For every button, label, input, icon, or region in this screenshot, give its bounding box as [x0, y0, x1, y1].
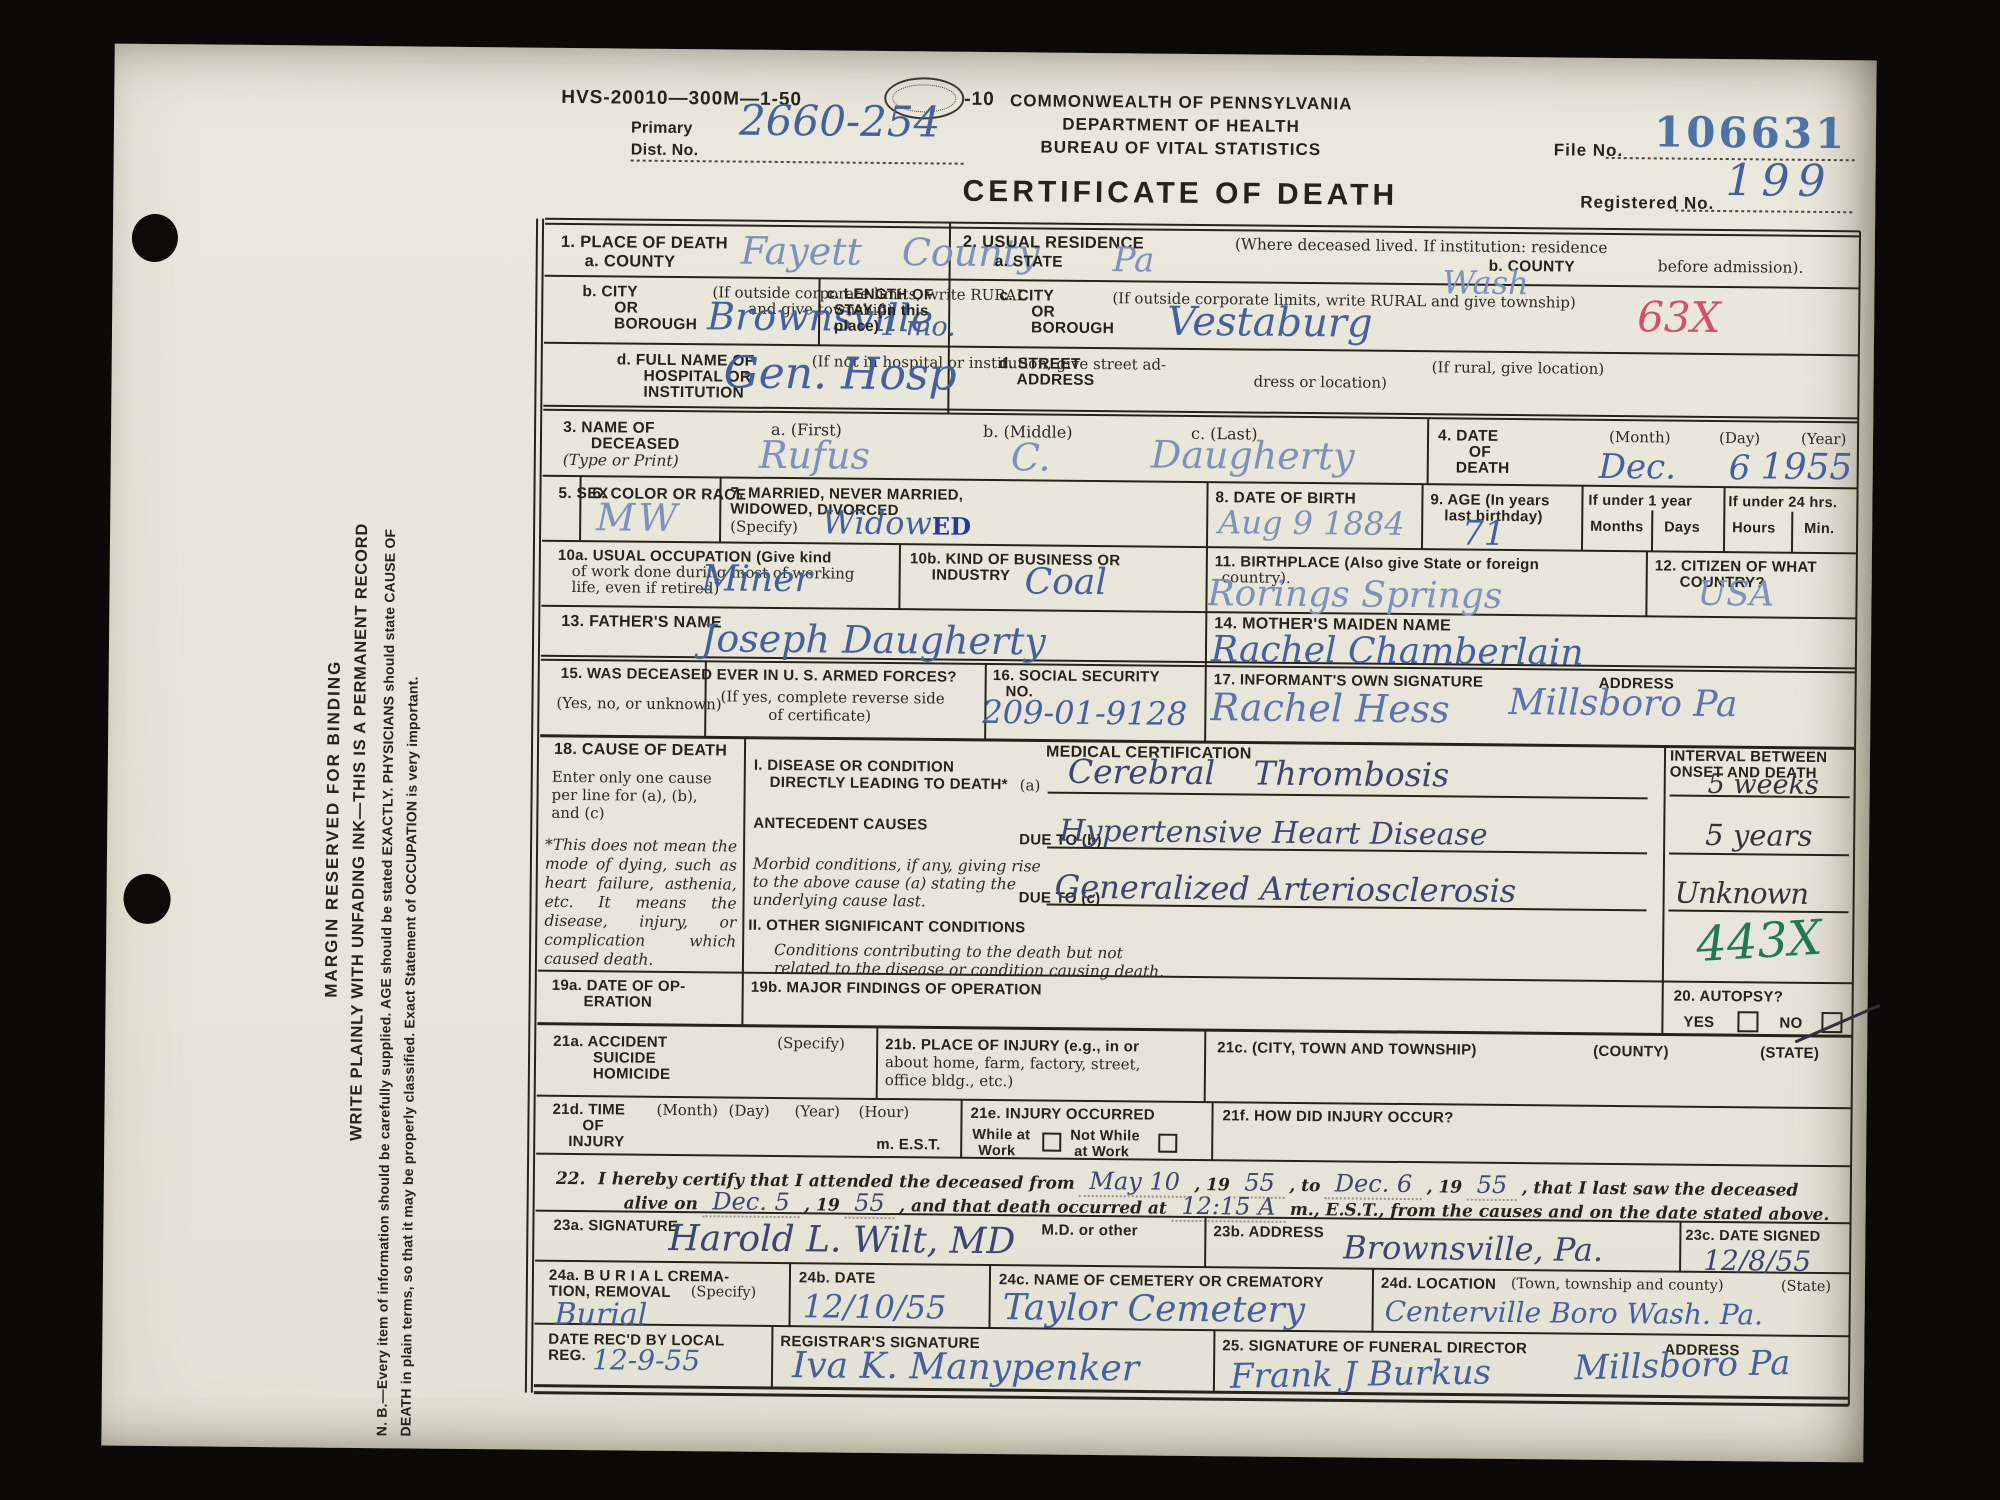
certify-text-4: , 19	[1427, 1177, 1463, 1197]
injury-c-county-label: (COUNTY)	[1593, 1044, 1669, 1060]
death-year-value: 1955	[1761, 449, 1853, 486]
birth-date-value: Aug 9 1884	[1218, 506, 1405, 540]
first-name-value: Rufus	[759, 436, 870, 475]
citizen-value: USA	[1697, 577, 1774, 612]
interval-c-value: Unknown	[1675, 879, 1809, 909]
injury-time-hour-label: (Hour)	[858, 1105, 909, 1121]
while-at-work-label-2: Work	[978, 1144, 1015, 1160]
injury-time-label-2: OF	[582, 1118, 604, 1134]
date-received-value: 12-9-55	[592, 1346, 700, 1375]
operation-date-label-1: 19a. DATE OF OP-	[552, 978, 686, 995]
morbid-note-3: underlying cause last.	[753, 892, 926, 910]
autopsy-yes-label: YES	[1683, 1015, 1714, 1031]
disease-label-1: I. DISEASE OR CONDITION	[754, 758, 954, 776]
injury-time-month-label: (Month)	[656, 1103, 718, 1119]
file-no-label: File No.	[1554, 141, 1624, 160]
funeral-director-signature-value: Frank J Burkus	[1230, 1355, 1491, 1393]
header-bureau: BUREAU OF VITAL STATISTICS	[981, 138, 1381, 160]
cause-title: 18. CAUSE OF DEATH	[554, 742, 727, 760]
injury-time-label-3: INJURY	[568, 1134, 624, 1150]
residence-city-code: 63X	[1637, 296, 1721, 339]
burial-date-label: 24b. DATE	[799, 1270, 876, 1286]
cause-note1-line1: Enter only one cause	[552, 770, 712, 787]
cause-a-value: Cerebral Thrombosis	[1068, 755, 1450, 792]
cemetery-value: Taylor Cemetery	[1002, 1290, 1305, 1329]
other-conditions-note-2: related to the disease or condition caus…	[774, 960, 1164, 980]
age-value: 71	[1462, 517, 1506, 551]
hospital-note-2: dress or location)	[1253, 375, 1386, 392]
autopsy-label: 20. AUTOPSY?	[1674, 989, 1784, 1006]
color-race-value: W	[638, 499, 677, 537]
hospital-value: Gen. Hosp	[723, 351, 957, 397]
injury-time-est-label: m. E.S.T.	[876, 1137, 941, 1153]
death-date-label-3: DEATH	[1456, 460, 1510, 477]
scanned-document-page: { "ink_colors": { "light_blue_ink": "#7e…	[0, 0, 2000, 1500]
street-label-2: ADDRESS	[1017, 372, 1095, 389]
residence-state-label: a. STATE	[995, 254, 1063, 271]
while-at-work-label-1: While at	[972, 1128, 1030, 1144]
death-certificate-scan: MARGIN RESERVED FOR BINDING WRITE PLAINL…	[101, 44, 1876, 1463]
statistical-code-value: 443X	[1695, 914, 1823, 969]
injury-b-note-2: office bldg., etc.)	[885, 1073, 1014, 1090]
autopsy-no-label: NO	[1779, 1016, 1802, 1032]
industry-value: Coal	[1024, 564, 1107, 601]
certify-text-8: , and that death occurred at	[899, 1196, 1167, 1219]
burial-location-note: (Town, township and county)	[1511, 1277, 1724, 1294]
registrar-signature-value: Iva K. Manypenker	[792, 1348, 1139, 1387]
certify-death-time-value: 12:15 A	[1171, 1192, 1285, 1223]
residence-city-label: c. CITY	[999, 288, 1054, 305]
burial-location-label: 24d. LOCATION	[1381, 1276, 1496, 1293]
place-of-death-title: 1. PLACE OF DEATH	[561, 234, 728, 253]
cause-b-value: Hypertensive Heart Disease	[1059, 817, 1488, 851]
cause-asterisk-note: *This does not mean the mode of dying, s…	[544, 836, 737, 971]
death-month-label: (Month)	[1609, 430, 1671, 446]
place-city-label: b. CITY	[582, 284, 638, 301]
how-injury-occurred-label: 21f. HOW DID INJURY OCCUR?	[1222, 1108, 1453, 1126]
not-while-at-work-label-1: Not While	[1070, 1129, 1140, 1145]
burial-specify-note: (Specify)	[691, 1285, 757, 1301]
registered-no-label: Registered No.	[1580, 194, 1714, 213]
death-month-value: Dec.	[1599, 450, 1677, 485]
marital-value: WidowED	[822, 506, 971, 539]
injury-a-label-2: SUICIDE	[593, 1050, 656, 1066]
physician-address-label: 23b. ADDRESS	[1213, 1224, 1324, 1241]
injury-time-label-1: 21d. TIME	[552, 1102, 625, 1118]
death-year-label: (Year)	[1801, 432, 1846, 448]
age-under24-label: If under 24 hrs.	[1728, 495, 1837, 511]
burial-location-state-note: (State)	[1781, 1280, 1831, 1296]
residence-note-1: (Where deceased lived. If institution: r…	[1235, 236, 1608, 256]
residence-city-or: OR	[1031, 304, 1055, 320]
age-months-label: Months	[1590, 520, 1643, 536]
certify-text-6: alive on	[624, 1194, 698, 1215]
stay-value: 1 mo.	[880, 313, 956, 341]
age-under1-label: If under 1 year	[1588, 494, 1692, 510]
date-received-label-2: REG.	[548, 1348, 586, 1364]
sex-value: M	[596, 498, 635, 536]
death-day-label: (Day)	[1719, 431, 1760, 447]
burial-date-value: 12/10/55	[803, 1290, 947, 1323]
occupation-value: Miner	[701, 561, 811, 598]
mother-name-value: Rachel Chamberlain	[1211, 632, 1584, 672]
father-name-value: Joseph Daugherty	[701, 619, 1046, 660]
injury-c-label: 21c. (CITY, TOWN AND TOWNSHIP)	[1217, 1040, 1477, 1058]
physician-md-label: M.D. or other	[1041, 1223, 1138, 1240]
age-min-label: Min.	[1804, 522, 1834, 538]
date-signed-label: 23c. DATE SIGNED	[1685, 1229, 1820, 1246]
occupation-label-3: life, even if retired)	[571, 580, 719, 597]
certify-num: 22.	[556, 1169, 586, 1189]
funeral-director-address-value: Millsboro Pa	[1574, 1346, 1791, 1385]
while-at-work-checkbox	[1042, 1133, 1061, 1152]
cause-note1-line3: and (c)	[551, 806, 604, 822]
residence-city-borough: BOROUGH	[1031, 320, 1114, 337]
registered-no-value: 199	[1725, 159, 1833, 204]
armed-forces-note-3: of certificate)	[768, 708, 871, 725]
informant-signature-value: Rachel Hess	[1210, 688, 1450, 728]
burial-value: Burial	[554, 1300, 647, 1331]
ssn-value: 209-01-9128	[982, 696, 1187, 730]
primary-dist-label-2: Dist. No.	[631, 143, 699, 160]
injury-a-specify-note: (Specify)	[777, 1036, 845, 1052]
physician-address-value: Brownsville, Pa.	[1343, 1231, 1603, 1265]
armed-forces-note-2: (If yes, complete reverse side	[720, 689, 944, 707]
place-city-borough: BOROUGH	[614, 316, 697, 333]
residence-state-value: Pa	[1113, 243, 1155, 277]
primary-dist-value: 2660-254	[739, 100, 941, 144]
not-while-at-work-checkbox	[1158, 1134, 1177, 1153]
certify-alive-year-value: 55	[844, 1189, 895, 1219]
interval-b-value: 5 years	[1705, 821, 1813, 851]
certify-text-3: , to	[1289, 1176, 1320, 1196]
physician-signature-value: Harold L. Wilt, MD	[668, 1221, 1015, 1260]
injury-a-label-3: HOMICIDE	[593, 1066, 671, 1082]
operation-date-label-2: ERATION	[584, 994, 653, 1010]
armed-forces-note-1: (Yes, no, or unknown)	[556, 696, 721, 713]
place-county-label: a. COUNTY	[585, 253, 676, 271]
cause-c-value: Generalized Arteriosclerosis	[1055, 871, 1517, 907]
birthplace-value: Rorings Springs	[1207, 576, 1502, 615]
age-days-label: Days	[1664, 520, 1700, 536]
injury-occurred-label: 21e. INJURY OCCURRED	[970, 1106, 1155, 1124]
middle-name-value: C.	[1011, 438, 1051, 476]
autopsy-yes-checkbox	[1737, 1011, 1758, 1032]
injury-c-state-label: (STATE)	[1760, 1045, 1819, 1061]
injury-time-day-label: (Day)	[728, 1104, 769, 1120]
document-title: CERTIFICATE OF DEATH	[950, 176, 1410, 212]
header-department: DEPARTMENT OF HEALTH	[981, 115, 1381, 137]
cause-note1-line2: per line for (a), (b),	[551, 788, 697, 805]
primary-dist-label-1: Primary	[631, 121, 693, 138]
residence-note-2: before admission).	[1658, 258, 1804, 276]
informant-address-value: Millsboro Pa	[1508, 685, 1737, 723]
physician-signature-label: 23a. SIGNATURE	[553, 1218, 678, 1235]
operation-findings-label: 19b. MAJOR FINDINGS OF OPERATION	[751, 980, 1042, 999]
morbid-note-1: Morbid conditions, if any, giving rise	[753, 856, 1041, 875]
industry-label-2: INDUSTRY	[932, 567, 1011, 584]
last-name-value: Daugherty	[1151, 436, 1355, 476]
death-day-value: 6	[1729, 451, 1751, 485]
date-signed-value: 12/8/55	[1703, 1247, 1811, 1276]
file-no-value: 106631	[1654, 110, 1848, 156]
residence-city-value: Vestaburg	[1167, 302, 1373, 344]
antecedent-label: ANTECEDENT CAUSES	[753, 816, 927, 833]
injury-a-label-1: 21a. ACCIDENT	[553, 1034, 667, 1051]
street-note: (If rural, give location)	[1432, 360, 1605, 377]
father-name-label: 13. FATHER'S NAME	[561, 614, 722, 632]
disease-label-2: DIRECTLY LEADING TO DEATH*	[770, 775, 1008, 793]
deceased-label-3: (Type or Print)	[563, 452, 679, 469]
other-conditions-label: II. OTHER SIGNIFICANT CONDITIONS	[748, 918, 1025, 936]
not-while-at-work-label-2: at Work	[1074, 1145, 1129, 1161]
certify-alive-date-value: Dec. 5	[702, 1187, 800, 1218]
age-hours-label: Hours	[1732, 521, 1776, 537]
death-date-label-2: OF	[1469, 445, 1491, 461]
place-city-or: OR	[614, 300, 638, 316]
interval-a-value: 5 weeks	[1708, 771, 1819, 799]
certify-text-7: , 19	[804, 1195, 840, 1215]
injury-time-year-label: (Year)	[794, 1104, 839, 1120]
cause-a-tag: (a)	[1020, 778, 1041, 794]
stay-label-3: place)	[834, 318, 879, 334]
morbid-note-2: to the above cause (a) stating the	[753, 874, 1016, 893]
header-commonwealth: COMMONWEALTH OF PENNSYLVANIA	[981, 92, 1381, 114]
burial-location-value: Centerville Boro Wash. Pa.	[1385, 1298, 1764, 1330]
marital-specify-note: (Specify)	[730, 520, 798, 536]
